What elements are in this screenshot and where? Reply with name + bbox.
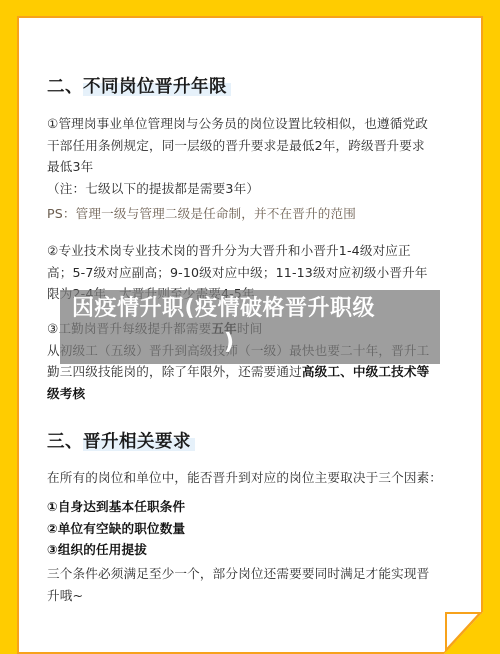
section-3-heading-prefix: 三、 — [47, 432, 83, 452]
paragraph-line: 三个条件必须满足至少一个，部分岗位还需要要同时满足才能实现晋 — [47, 563, 465, 585]
paragraph-line: 最低3年 — [47, 156, 465, 178]
section-2-heading-text: 不同岗位晋升年限 — [83, 77, 231, 97]
paragraph-line: 勤三四级技能岗的，除了年限外，还需要通过高级工、中级工技术等 — [47, 361, 465, 383]
text-segment: 勤三四级技能岗的，除了年限外，还需要通过 — [47, 364, 302, 379]
section-3-heading: 三、晋升相关要求 — [47, 428, 195, 453]
paragraph-line: 级考核 — [47, 383, 465, 405]
factor-text: ③组织的任用提拔 — [47, 542, 147, 557]
paragraph-line: ②专业技术岗专业技术岗的晋升分为大晋升和小晋升1-4级对应正 — [47, 240, 465, 262]
section-2-heading: 二、不同岗位晋升年限 — [47, 73, 231, 98]
factor-item: ①自身达到基本任职条件 — [47, 496, 465, 518]
article-title-line-2: ) — [72, 326, 452, 360]
section-3-heading-text: 晋升相关要求 — [83, 432, 195, 452]
requirements-intro: 在所有的岗位和单位中，能否晋升到对应的岗位主要取决于三个因素： — [47, 467, 465, 489]
ps-line: PS：管理一级与管理二级是任命制，并不在晋升的范围 — [47, 203, 465, 225]
intro-line: 在所有的岗位和单位中，能否晋升到对应的岗位主要取决于三个因素： — [47, 467, 465, 489]
factors-list: ①自身达到基本任职条件 ②单位有空缺的职位数量 ③组织的任用提拔 — [47, 496, 465, 561]
factor-item: ③组织的任用提拔 — [47, 539, 465, 561]
conclusion-paragraph: 三个条件必须满足至少一个，部分岗位还需要要同时满足才能实现晋 升哦~ — [47, 563, 465, 606]
factor-text: ①自身达到基本任职条件 — [47, 499, 185, 514]
ps-note: PS：管理一级与管理二级是任命制，并不在晋升的范围 — [47, 203, 465, 225]
folded-corner-icon — [444, 611, 482, 652]
section-2-heading-prefix: 二、 — [47, 77, 83, 97]
bold-segment: 高级工、中级工技术等 — [302, 364, 429, 379]
note-line: （注：七级以下的提拔都是需要3年） — [47, 178, 465, 200]
article-title: 因疫情升职(疫情破格晋升职级 ) — [72, 292, 452, 360]
paragraph-line: 高；5-7级对应副高；9-10级对应中级；11-13级对应初级小晋升年 — [47, 262, 465, 284]
management-post-paragraph: ①管理岗事业单位管理岗与公务员的岗位设置比较相似，也遵循党政 干部任用条例规定，… — [47, 113, 465, 199]
paragraph-line: 升哦~ — [47, 585, 465, 607]
article-title-line-1: 因疫情升职(疫情破格晋升职级 — [72, 292, 452, 326]
factor-item: ②单位有空缺的职位数量 — [47, 518, 465, 540]
paragraph-line: ①管理岗事业单位管理岗与公务员的岗位设置比较相似，也遵循党政 — [47, 113, 465, 135]
factor-text: ②单位有空缺的职位数量 — [47, 521, 185, 536]
paragraph-line: 干部任用条例规定，同一层级的晋升要求是最低2年，跨级晋升要求 — [47, 135, 465, 157]
bold-segment: 级考核 — [47, 386, 85, 401]
